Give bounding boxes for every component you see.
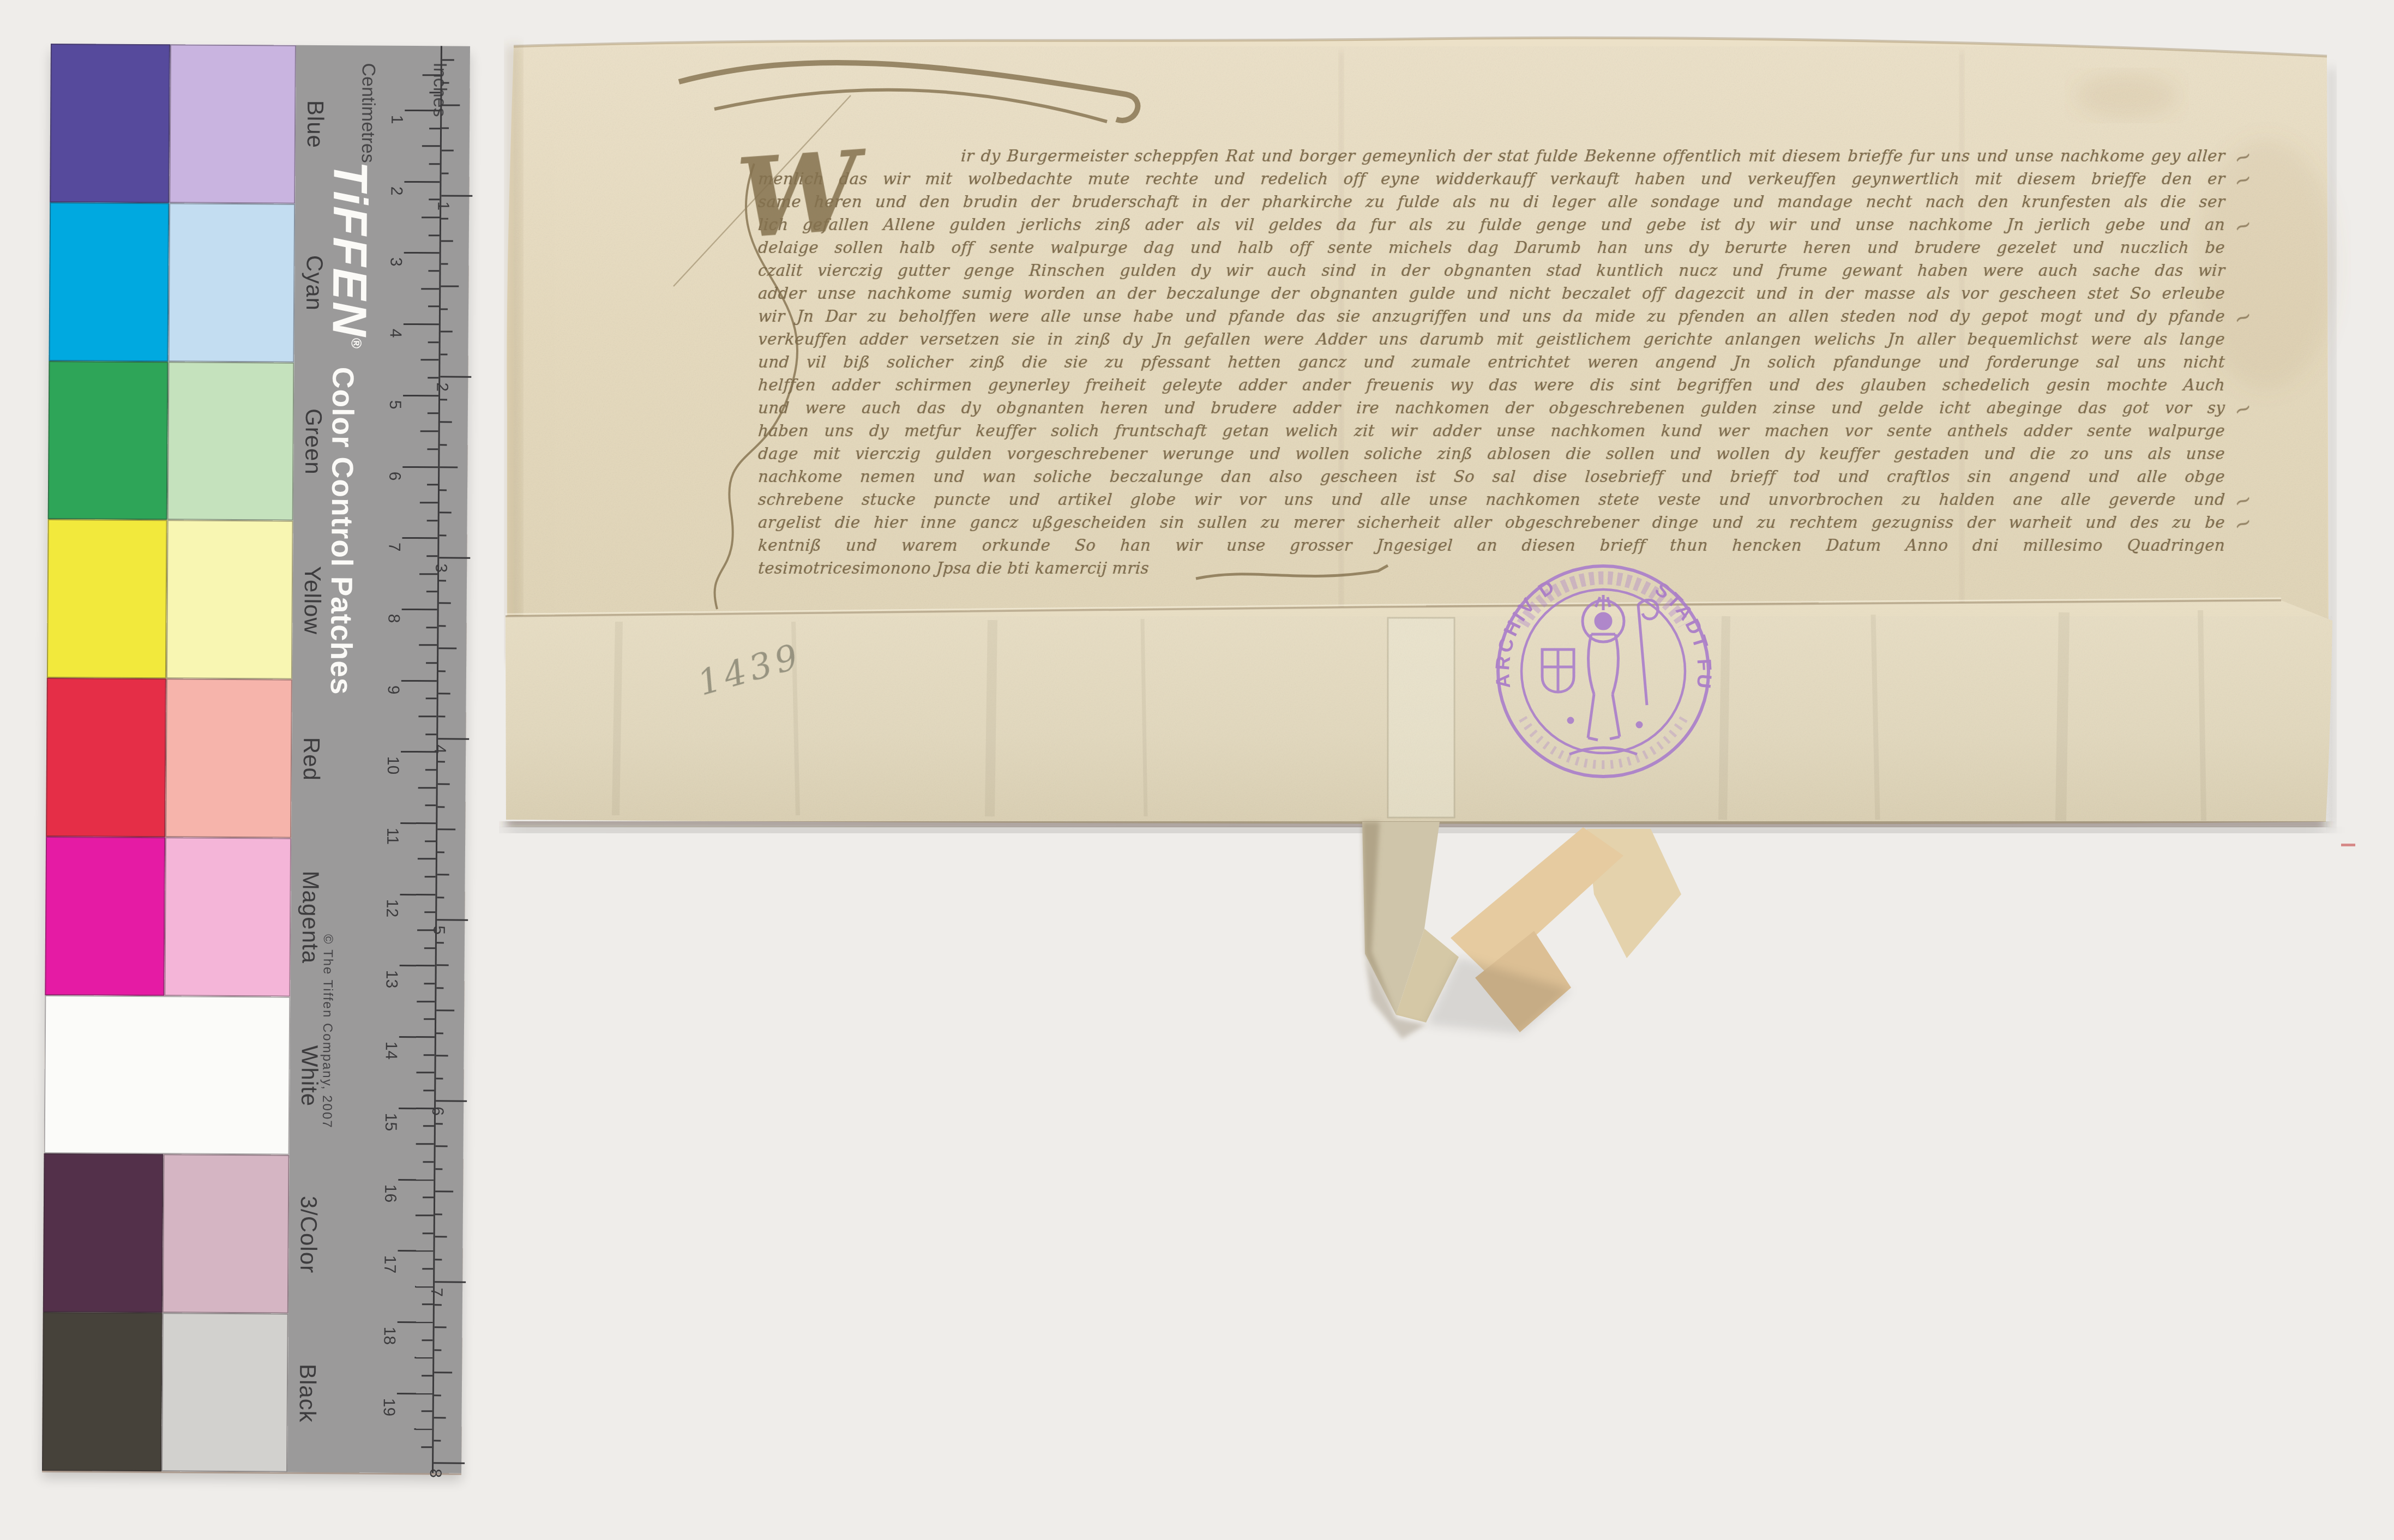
cm-minor-tick bbox=[422, 1410, 432, 1412]
cm-minor-tick bbox=[414, 1357, 432, 1358]
cm-minor-tick bbox=[426, 627, 437, 628]
inch-minor-tick bbox=[436, 1145, 448, 1147]
manuscript-line-16: schrebene stucke puncte und artikel glob… bbox=[757, 490, 2226, 513]
inches-label: Inches bbox=[429, 62, 450, 117]
cm-number-5: 5 bbox=[386, 400, 404, 410]
cm-number-15: 15 bbox=[381, 1113, 400, 1132]
cm-number-6: 6 bbox=[385, 471, 404, 480]
cm-minor-tick bbox=[416, 1214, 434, 1216]
manuscript-line-13: haben uns dy metfur keuffer solich frunt… bbox=[757, 422, 2226, 444]
cm-minor-tick bbox=[428, 413, 438, 414]
cm-number-9: 9 bbox=[384, 685, 402, 694]
inch-minor-tick bbox=[442, 127, 449, 129]
inch-minor-tick bbox=[434, 1440, 441, 1441]
cm-major-tick bbox=[398, 1321, 433, 1323]
inch-number-2: 2 bbox=[432, 382, 451, 392]
cm-major-tick bbox=[399, 1036, 435, 1038]
cm-major-tick bbox=[400, 822, 436, 824]
cm-major-tick bbox=[404, 252, 440, 254]
inch-minor-tick bbox=[441, 330, 453, 332]
cm-minor-tick bbox=[425, 769, 436, 771]
manuscript-line-7: adder unse nachkome sumig worden an der … bbox=[757, 284, 2226, 307]
cm-minor-tick bbox=[421, 288, 439, 290]
manuscript-line-14: dage mit vierczig gulden vorgeschrebener… bbox=[757, 444, 2226, 467]
cm-minor-tick bbox=[427, 484, 438, 485]
inch-major-tick bbox=[439, 557, 470, 558]
inch-number-1: 1 bbox=[434, 201, 452, 210]
inch-minor-tick bbox=[437, 942, 444, 943]
inch-number-7: 7 bbox=[427, 1288, 446, 1297]
cm-minor-tick bbox=[420, 502, 438, 503]
inch-minor-tick bbox=[436, 1009, 454, 1011]
plica-fold bbox=[506, 598, 2332, 824]
manuscript-line-6: czalit vierczig gutter genge Rinschen gu… bbox=[757, 261, 2226, 284]
inch-minor-tick bbox=[440, 421, 452, 423]
inch-minor-tick bbox=[437, 806, 444, 808]
manuscript-line-12: und were auch das dy obgnanten heren und… bbox=[757, 399, 2226, 422]
tiffen-logo: TiFFEN®Color Control Patches bbox=[320, 161, 378, 695]
patch-magenta-saturated bbox=[45, 837, 165, 996]
row-label-black: Black bbox=[294, 1364, 321, 1423]
cm-minor-tick bbox=[426, 591, 437, 592]
manuscript-line-19: tesimotricesimonono Jpsa die bti kamerci… bbox=[757, 559, 1150, 582]
cm-minor-tick bbox=[419, 573, 437, 575]
cm-minor-tick bbox=[423, 1090, 434, 1091]
cm-minor-tick bbox=[426, 697, 437, 699]
cm-minor-tick bbox=[429, 92, 440, 94]
cm-minor-tick bbox=[420, 359, 438, 361]
patch-red-pastel bbox=[165, 678, 292, 838]
cm-minor-tick bbox=[421, 1446, 432, 1448]
inch-minor-tick bbox=[442, 82, 449, 83]
manuscript-line-17: argelist die hier inne gancz ußgescheide… bbox=[757, 513, 2226, 536]
inch-minor-tick bbox=[438, 783, 450, 785]
inch-minor-tick bbox=[441, 353, 448, 355]
centimetres-label: Centimetres bbox=[357, 63, 379, 163]
cm-major-tick bbox=[400, 965, 435, 966]
cm-minor-tick bbox=[422, 146, 440, 147]
inch-minor-tick bbox=[435, 1304, 442, 1306]
cm-minor-tick bbox=[422, 1303, 433, 1305]
patch-3/color-pastel bbox=[163, 1154, 290, 1314]
cm-number-17: 17 bbox=[380, 1255, 399, 1274]
manuscript-line-3: same heren und den brudin der bruderscha… bbox=[757, 192, 2226, 215]
patch-black-saturated bbox=[42, 1312, 163, 1471]
cm-minor-tick bbox=[422, 216, 440, 218]
cm-number-13: 13 bbox=[382, 970, 400, 989]
cm-minor-tick bbox=[414, 1428, 432, 1430]
inch-number-5: 5 bbox=[429, 925, 448, 935]
cm-minor-tick bbox=[422, 1339, 432, 1341]
cm-number-8: 8 bbox=[384, 614, 403, 623]
cm-minor-tick bbox=[427, 448, 438, 450]
cm-minor-tick bbox=[423, 1232, 434, 1234]
patch-green-saturated bbox=[48, 361, 169, 520]
card-title: Color Control Patches bbox=[324, 348, 360, 695]
inch-minor-tick bbox=[435, 1326, 447, 1328]
patch-yellow-pastel bbox=[166, 520, 293, 679]
inch-minor-tick bbox=[440, 444, 447, 446]
cm-minor-tick bbox=[416, 1072, 434, 1074]
inch-minor-tick bbox=[438, 715, 445, 717]
manuscript-line-9: verkeuffen adder versetzen sie in zinß d… bbox=[757, 330, 2226, 353]
cm-major-tick bbox=[404, 181, 440, 183]
inch-minor-tick bbox=[434, 1394, 441, 1396]
row-label-blue: Blue bbox=[302, 100, 329, 148]
cm-major-tick bbox=[405, 110, 440, 111]
cm-number-1: 1 bbox=[387, 115, 406, 124]
inch-minor-tick bbox=[437, 828, 455, 830]
cm-minor-tick bbox=[425, 805, 436, 807]
cm-minor-tick bbox=[429, 199, 440, 201]
patch-green-pastel bbox=[167, 362, 294, 521]
cm-minor-tick bbox=[426, 555, 437, 557]
inch-minor-tick bbox=[434, 1417, 446, 1418]
inch-minor-tick bbox=[439, 580, 446, 581]
inch-major-tick bbox=[441, 195, 472, 196]
cm-major-tick bbox=[397, 1393, 432, 1394]
patch-yellow-saturated bbox=[47, 519, 167, 678]
cm-minor-tick bbox=[428, 377, 438, 378]
inch-major-tick bbox=[436, 1100, 467, 1102]
cm-minor-tick bbox=[424, 1019, 435, 1020]
inch-minor-tick bbox=[439, 534, 446, 536]
color-control-card: BlueCyanGreenYellowRedMagentaWhite3/Colo… bbox=[42, 44, 470, 1473]
cm-number-16: 16 bbox=[381, 1184, 399, 1202]
cm-minor-tick bbox=[422, 1375, 432, 1376]
inch-major-tick bbox=[438, 738, 469, 739]
seal-tag bbox=[1362, 822, 1681, 1039]
row-label-3/color: 3/Color bbox=[295, 1195, 322, 1273]
manuscript-line-15: nachkome nemen und wan soliche beczalung… bbox=[757, 467, 2226, 490]
manuscript-line-5: delaige sollen halb off sente walpurge d… bbox=[757, 238, 2226, 261]
cm-major-tick bbox=[398, 1250, 433, 1252]
manuscript-line-18: kentniß und warem orkunde So han wir uns… bbox=[757, 536, 2226, 559]
cm-minor-tick bbox=[418, 858, 436, 859]
manuscript-line-2: menlich das wir mit wolbedachte mute rec… bbox=[757, 170, 2226, 192]
inch-major-tick bbox=[440, 376, 471, 377]
cm-minor-tick bbox=[429, 163, 440, 165]
cm-minor-tick bbox=[423, 74, 441, 76]
inch-minor-tick bbox=[434, 1371, 452, 1373]
patch-cyan-saturated bbox=[49, 202, 169, 362]
inch-minor-tick bbox=[434, 1349, 441, 1351]
cm-number-19: 19 bbox=[380, 1398, 398, 1416]
initial-letter-W: W bbox=[733, 127, 864, 263]
cm-minor-tick bbox=[425, 733, 436, 735]
inch-minor-tick bbox=[442, 172, 449, 174]
inch-minor-tick bbox=[441, 263, 448, 264]
patch-labels: BlueCyanGreenYellowRedMagentaWhite3/Colo… bbox=[296, 45, 470, 46]
cm-minor-tick bbox=[423, 1126, 434, 1127]
patch-cyan-pastel bbox=[168, 203, 295, 362]
cm-minor-tick bbox=[428, 341, 439, 343]
row-label-red: Red bbox=[298, 737, 324, 780]
inch-minor-tick bbox=[442, 149, 454, 151]
cm-minor-tick bbox=[420, 430, 438, 432]
cm-minor-tick bbox=[425, 876, 436, 877]
inch-minor-tick bbox=[435, 1259, 442, 1260]
cm-number-12: 12 bbox=[382, 899, 401, 917]
inch-minor-tick bbox=[436, 1032, 443, 1034]
inch-minor-tick bbox=[437, 897, 444, 898]
cm-minor-tick bbox=[424, 912, 435, 913]
inch-minor-tick bbox=[438, 693, 450, 694]
cm-number-18: 18 bbox=[380, 1327, 398, 1345]
cm-number-11: 11 bbox=[383, 828, 401, 845]
inch-minor-tick bbox=[436, 1078, 443, 1079]
inch-number-6: 6 bbox=[428, 1106, 447, 1116]
inch-minor-tick bbox=[440, 489, 447, 491]
inch-minor-tick bbox=[436, 1123, 443, 1124]
manuscript-line-8: wir Jn Dar zu beholffen were alle unse h… bbox=[757, 307, 2226, 330]
card-gray-panel: BlueCyanGreenYellowRedMagentaWhite3/Colo… bbox=[287, 45, 470, 1473]
patch-magenta-pastel bbox=[164, 837, 291, 996]
manuscript-line-11: helffen adder schirmen geynerley freihei… bbox=[757, 376, 2226, 399]
inch-minor-tick bbox=[440, 399, 447, 400]
patch-red-saturated bbox=[46, 678, 166, 837]
inch-minor-tick bbox=[441, 285, 459, 287]
cm-major-tick bbox=[403, 395, 438, 396]
patch-blue-pastel bbox=[169, 44, 296, 203]
cm-number-3: 3 bbox=[387, 257, 405, 267]
cm-minor-tick bbox=[423, 1161, 434, 1163]
cm-number-10: 10 bbox=[383, 756, 402, 775]
inch-minor-tick bbox=[435, 1190, 453, 1192]
inch-minor-tick bbox=[441, 308, 448, 310]
cm-major-tick bbox=[404, 323, 439, 325]
inch-minor-tick bbox=[441, 218, 448, 219]
inch-minor-tick bbox=[442, 104, 460, 106]
inch-minor-tick bbox=[437, 851, 444, 853]
inch-minor-tick bbox=[440, 466, 458, 468]
cm-minor-tick bbox=[424, 983, 435, 984]
cm-minor-tick bbox=[429, 234, 440, 236]
inch-number-4: 4 bbox=[430, 744, 449, 754]
stamp-knight-figure bbox=[1542, 595, 1658, 754]
cm-major-tick bbox=[400, 894, 435, 895]
inch-major-tick bbox=[437, 919, 468, 921]
cm-major-tick bbox=[402, 609, 437, 610]
inch-minor-tick bbox=[437, 964, 449, 966]
inch-major-tick bbox=[434, 1462, 465, 1464]
registered-mark: ® bbox=[348, 338, 365, 348]
cm-minor-tick bbox=[416, 1143, 434, 1145]
card-copyright: © The Tiffen Company, 2007 bbox=[319, 934, 335, 1129]
cm-minor-tick bbox=[418, 715, 436, 717]
cm-minor-tick bbox=[419, 644, 437, 646]
cm-number-14: 14 bbox=[382, 1042, 400, 1060]
archive-stamp: ARCHIV DER STADT FULDA bbox=[1493, 560, 1713, 780]
inch-minor-tick bbox=[439, 602, 451, 604]
inch-minor-tick bbox=[440, 512, 452, 513]
inch-major-tick bbox=[435, 1281, 466, 1283]
manuscript-line-10: und vil biß solicher zinß die sie zu pfe… bbox=[757, 353, 2226, 376]
tiffen-brand-text: TiFFEN bbox=[323, 161, 378, 338]
ruler: 1234567891011121314151617181912345678 bbox=[296, 45, 470, 46]
cm-minor-tick bbox=[424, 947, 435, 949]
cm-minor-tick bbox=[422, 1268, 433, 1270]
cm-minor-tick bbox=[417, 1001, 435, 1002]
cm-minor-tick bbox=[423, 1196, 434, 1198]
inch-minor-tick bbox=[435, 1168, 442, 1170]
cm-minor-tick bbox=[427, 520, 438, 521]
manuscript-line-4: lich gefallen Allene gulden jerlichs zin… bbox=[757, 215, 2226, 238]
inch-minor-tick bbox=[438, 761, 445, 762]
cm-minor-tick bbox=[429, 128, 440, 129]
cm-major-tick bbox=[402, 466, 438, 467]
inch-minor-tick bbox=[438, 647, 456, 649]
cm-number-2: 2 bbox=[387, 186, 405, 195]
inch-minor-tick bbox=[438, 670, 446, 672]
inch-number-8: 8 bbox=[426, 1469, 444, 1478]
cm-minor-tick bbox=[424, 1054, 435, 1056]
inch-minor-tick bbox=[435, 1236, 447, 1237]
inch-minor-tick bbox=[435, 1213, 442, 1215]
cm-number-7: 7 bbox=[384, 543, 403, 552]
cm-minor-tick bbox=[428, 306, 439, 308]
patch-white bbox=[44, 995, 291, 1156]
patch-blue-saturated bbox=[50, 44, 170, 203]
cm-major-tick bbox=[401, 680, 437, 682]
red-mark bbox=[2341, 844, 2355, 846]
inch-minor-tick bbox=[438, 625, 446, 627]
inch-minor-tick bbox=[437, 874, 449, 875]
cm-minor-tick bbox=[426, 662, 437, 664]
cm-minor-tick bbox=[425, 840, 436, 842]
cm-minor-tick bbox=[428, 270, 439, 272]
inch-minor-tick bbox=[436, 987, 443, 989]
inch-minor-tick bbox=[441, 240, 453, 242]
cm-number-4: 4 bbox=[386, 329, 405, 338]
patch-black-pastel bbox=[161, 1313, 288, 1472]
cm-major-tick bbox=[398, 1178, 434, 1180]
inch-number-3: 3 bbox=[431, 563, 450, 573]
cm-minor-tick bbox=[418, 787, 436, 789]
cm-major-tick bbox=[402, 537, 437, 539]
inch-minor-tick bbox=[436, 1055, 448, 1056]
inch-minor-tick bbox=[442, 59, 454, 61]
manuscript-line-1: ir dy Burgermeister scheppfen Rat und bo… bbox=[960, 147, 2226, 170]
patch-3/color-saturated bbox=[43, 1153, 164, 1313]
